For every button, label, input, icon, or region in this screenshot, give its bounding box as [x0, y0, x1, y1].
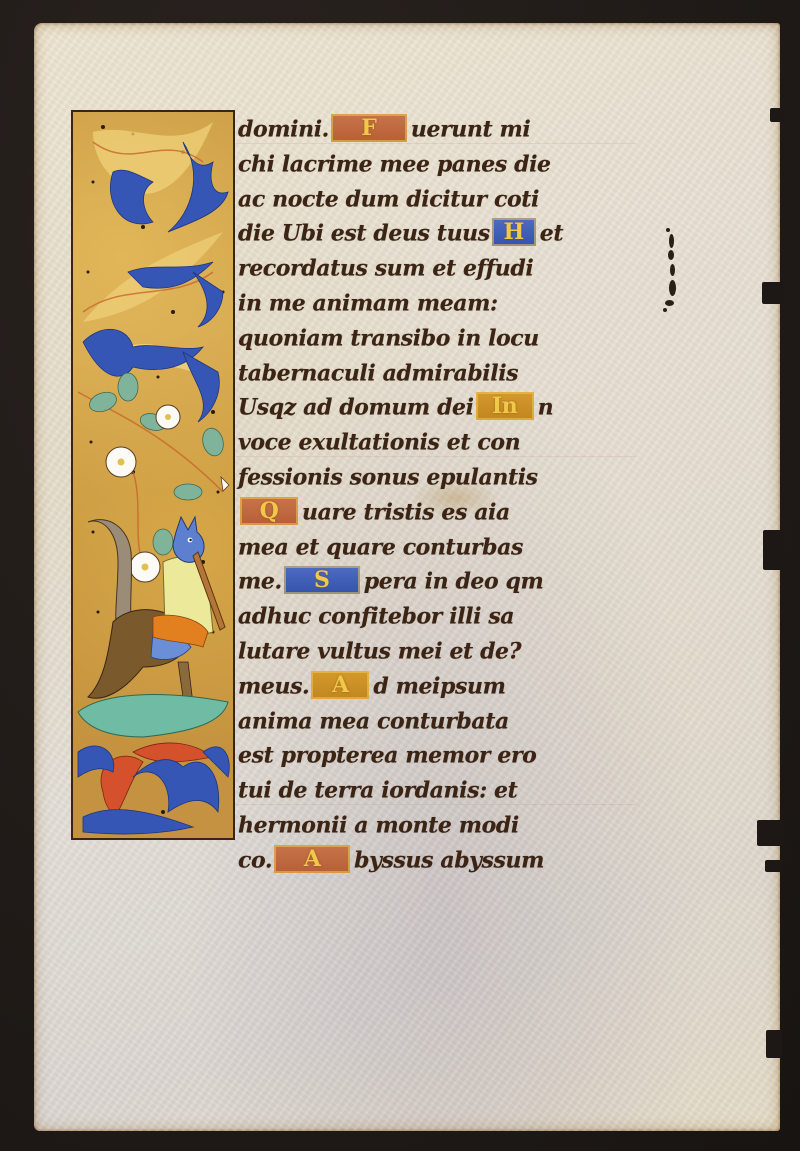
line-text: mea et quare conturbas [238, 534, 523, 560]
worm-damage [663, 228, 679, 324]
text-line: me.Spera in deo qm [238, 564, 638, 599]
border-decoration [73, 112, 233, 838]
text-line: chi lacrime mee panes die [238, 147, 638, 182]
text-line: voce exultationis et con [238, 425, 638, 460]
bottom-acanthus [78, 743, 229, 834]
text-line: tabernaculi admirabilis [238, 356, 638, 391]
edge-notch [766, 1030, 782, 1058]
text-line: lutare vultus mei et de? [238, 634, 638, 669]
manuscript-text: domini.Fuerunt mi chi lacrime mee panes … [238, 112, 638, 878]
line-text: est propterea memor ero [238, 743, 536, 769]
decorated-initial: S [284, 566, 360, 594]
line-text: tui de terra iordanis: et [238, 778, 517, 804]
text-line: domini.Fuerunt mi [238, 112, 638, 147]
text-line: adhuc confitebor illi sa [238, 599, 638, 634]
text-line: tui de terra iordanis: et [238, 773, 638, 808]
edge-notch [765, 860, 783, 872]
text-line: in me animam meam: [238, 286, 638, 321]
edge-notch [757, 820, 783, 846]
text-line: Quare tristis es aia [238, 495, 638, 530]
line-text: Usqz ad domum dei [238, 395, 474, 421]
line-text: uare tristis es aia [302, 499, 510, 525]
text-line: quoniam transibo in locu [238, 321, 638, 356]
text-line: hermonii a monte modi [238, 808, 638, 843]
edge-notch [770, 108, 784, 122]
decorated-initial: In [476, 392, 534, 420]
edge-notch [763, 530, 785, 570]
text-line: mea et quare conturbas [238, 530, 638, 565]
line-text: d meipsum [373, 673, 505, 699]
line-text: ac nocte dum dicitur coti [238, 186, 539, 212]
decorated-initial: A [274, 845, 350, 873]
line-text: anima mea conturbata [238, 708, 509, 734]
text-line: Usqz ad domum deiInn [238, 390, 638, 425]
line-text: tabernaculi admirabilis [238, 360, 518, 386]
text-line: anima mea conturbata [238, 704, 638, 739]
text-line: co.Abyssus abyssum [238, 843, 638, 878]
line-text: uerunt mi [411, 117, 530, 143]
line-text: in me animam meam: [238, 291, 498, 317]
line-text: domini. [238, 117, 329, 143]
line-text: lutare vultus mei et de? [238, 639, 521, 665]
text-line: recordatus sum et effudi [238, 251, 638, 286]
line-text: meus. [238, 673, 309, 699]
text-line: est propterea memor ero [238, 738, 638, 773]
line-text: co. [238, 847, 272, 873]
text-line: fessionis sonus epulantis [238, 460, 638, 495]
line-text: hermonii a monte modi [238, 813, 519, 839]
line-text: pera in deo qm [364, 569, 544, 595]
line-text: byssus abyssum [354, 847, 544, 873]
line-text: n [538, 395, 554, 421]
line-text: fessionis sonus epulantis [238, 465, 538, 491]
line-text: voce exultationis et con [238, 430, 520, 456]
line-text: me. [238, 569, 282, 595]
decorated-initial: Q [240, 497, 298, 525]
illuminated-border [71, 110, 235, 840]
line-text: et [540, 221, 563, 247]
line-text: chi lacrime mee panes die [238, 151, 551, 177]
text-line: meus.Ad meipsum [238, 669, 638, 704]
line-text: recordatus sum et effudi [238, 256, 533, 282]
line-text: die Ubi est deus tuus [238, 221, 490, 247]
line-text: quoniam transibo in locu [238, 325, 539, 351]
decorated-initial: A [311, 671, 369, 699]
text-line: ac nocte dum dicitur coti [238, 182, 638, 217]
text-line: die Ubi est deus tuusHet [238, 216, 638, 251]
decorated-initial: F [331, 114, 407, 142]
edge-notch [762, 282, 784, 304]
line-text: adhuc confitebor illi sa [238, 604, 514, 630]
decorated-initial: H [492, 218, 536, 246]
